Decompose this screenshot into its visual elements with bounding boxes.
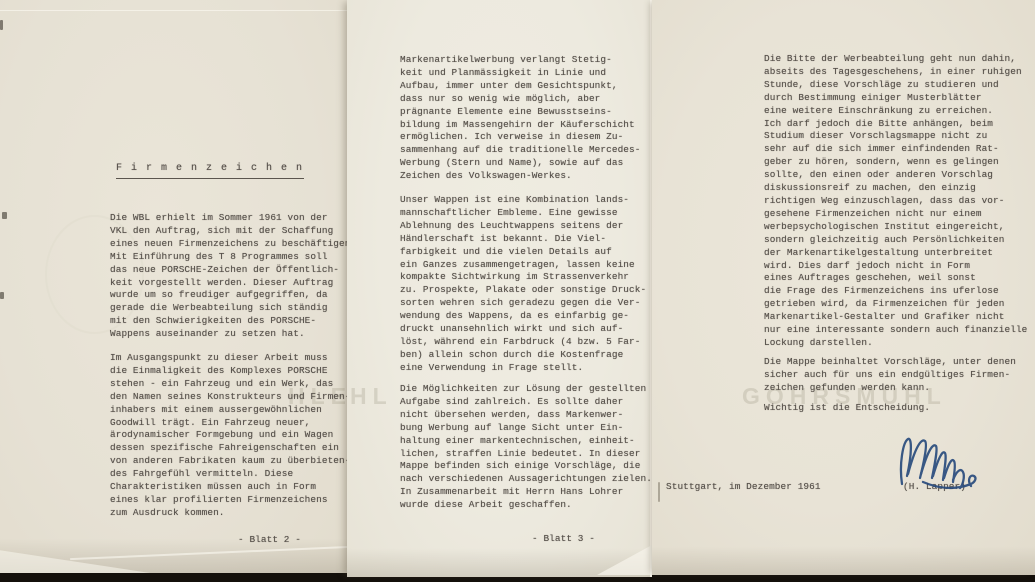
page-number-footer: - Blatt 3 - xyxy=(532,533,595,546)
paragraph: Im Ausgangspunkt zu dieser Arbeit muss d… xyxy=(110,352,360,520)
paragraph: Wichtig ist die Entscheidung. xyxy=(764,402,1035,415)
date-line: Stuttgart, im Dezember 1961 xyxy=(666,481,821,494)
page-crease xyxy=(70,546,350,560)
page-closing: GOHRSMÜHLE Die Bitte der Werbeabteilung … xyxy=(652,0,1035,575)
edge-mark xyxy=(658,482,660,502)
handwritten-signature xyxy=(895,430,985,494)
paragraph: Die Bitte der Werbeabteilung geht nun da… xyxy=(764,53,1035,350)
paragraph: Markenartikelwerbung verlangt Stetig- ke… xyxy=(400,54,655,183)
page-blatt-3: HL Markenartikelwerbung verlangt Stetig-… xyxy=(347,0,652,577)
paragraph: Die WBL erhielt im Sommer 1961 von der V… xyxy=(110,212,360,341)
paper-watermark: HL xyxy=(350,383,392,410)
paragraph: Die Möglichkeiten zur Lösung der gestell… xyxy=(400,383,655,512)
page-blatt-2: HLE F i r m e n z e i c h e n Die WBL er… xyxy=(0,0,347,573)
page-crease xyxy=(0,10,347,11)
scanned-document: HLE F i r m e n z e i c h e n Die WBL er… xyxy=(0,0,1035,582)
document-title: F i r m e n z e i c h e n xyxy=(116,163,304,179)
page-number-footer: - Blatt 2 - xyxy=(238,534,301,547)
paragraph: Unser Wappen ist eine Kombination lands-… xyxy=(400,194,655,375)
edge-mark xyxy=(0,20,3,30)
edge-mark xyxy=(0,292,4,299)
paragraph: Die Mappe beinhaltet Vorschläge, unter d… xyxy=(764,356,1035,395)
page-corner-fold xyxy=(597,545,652,575)
edge-mark xyxy=(2,212,7,219)
